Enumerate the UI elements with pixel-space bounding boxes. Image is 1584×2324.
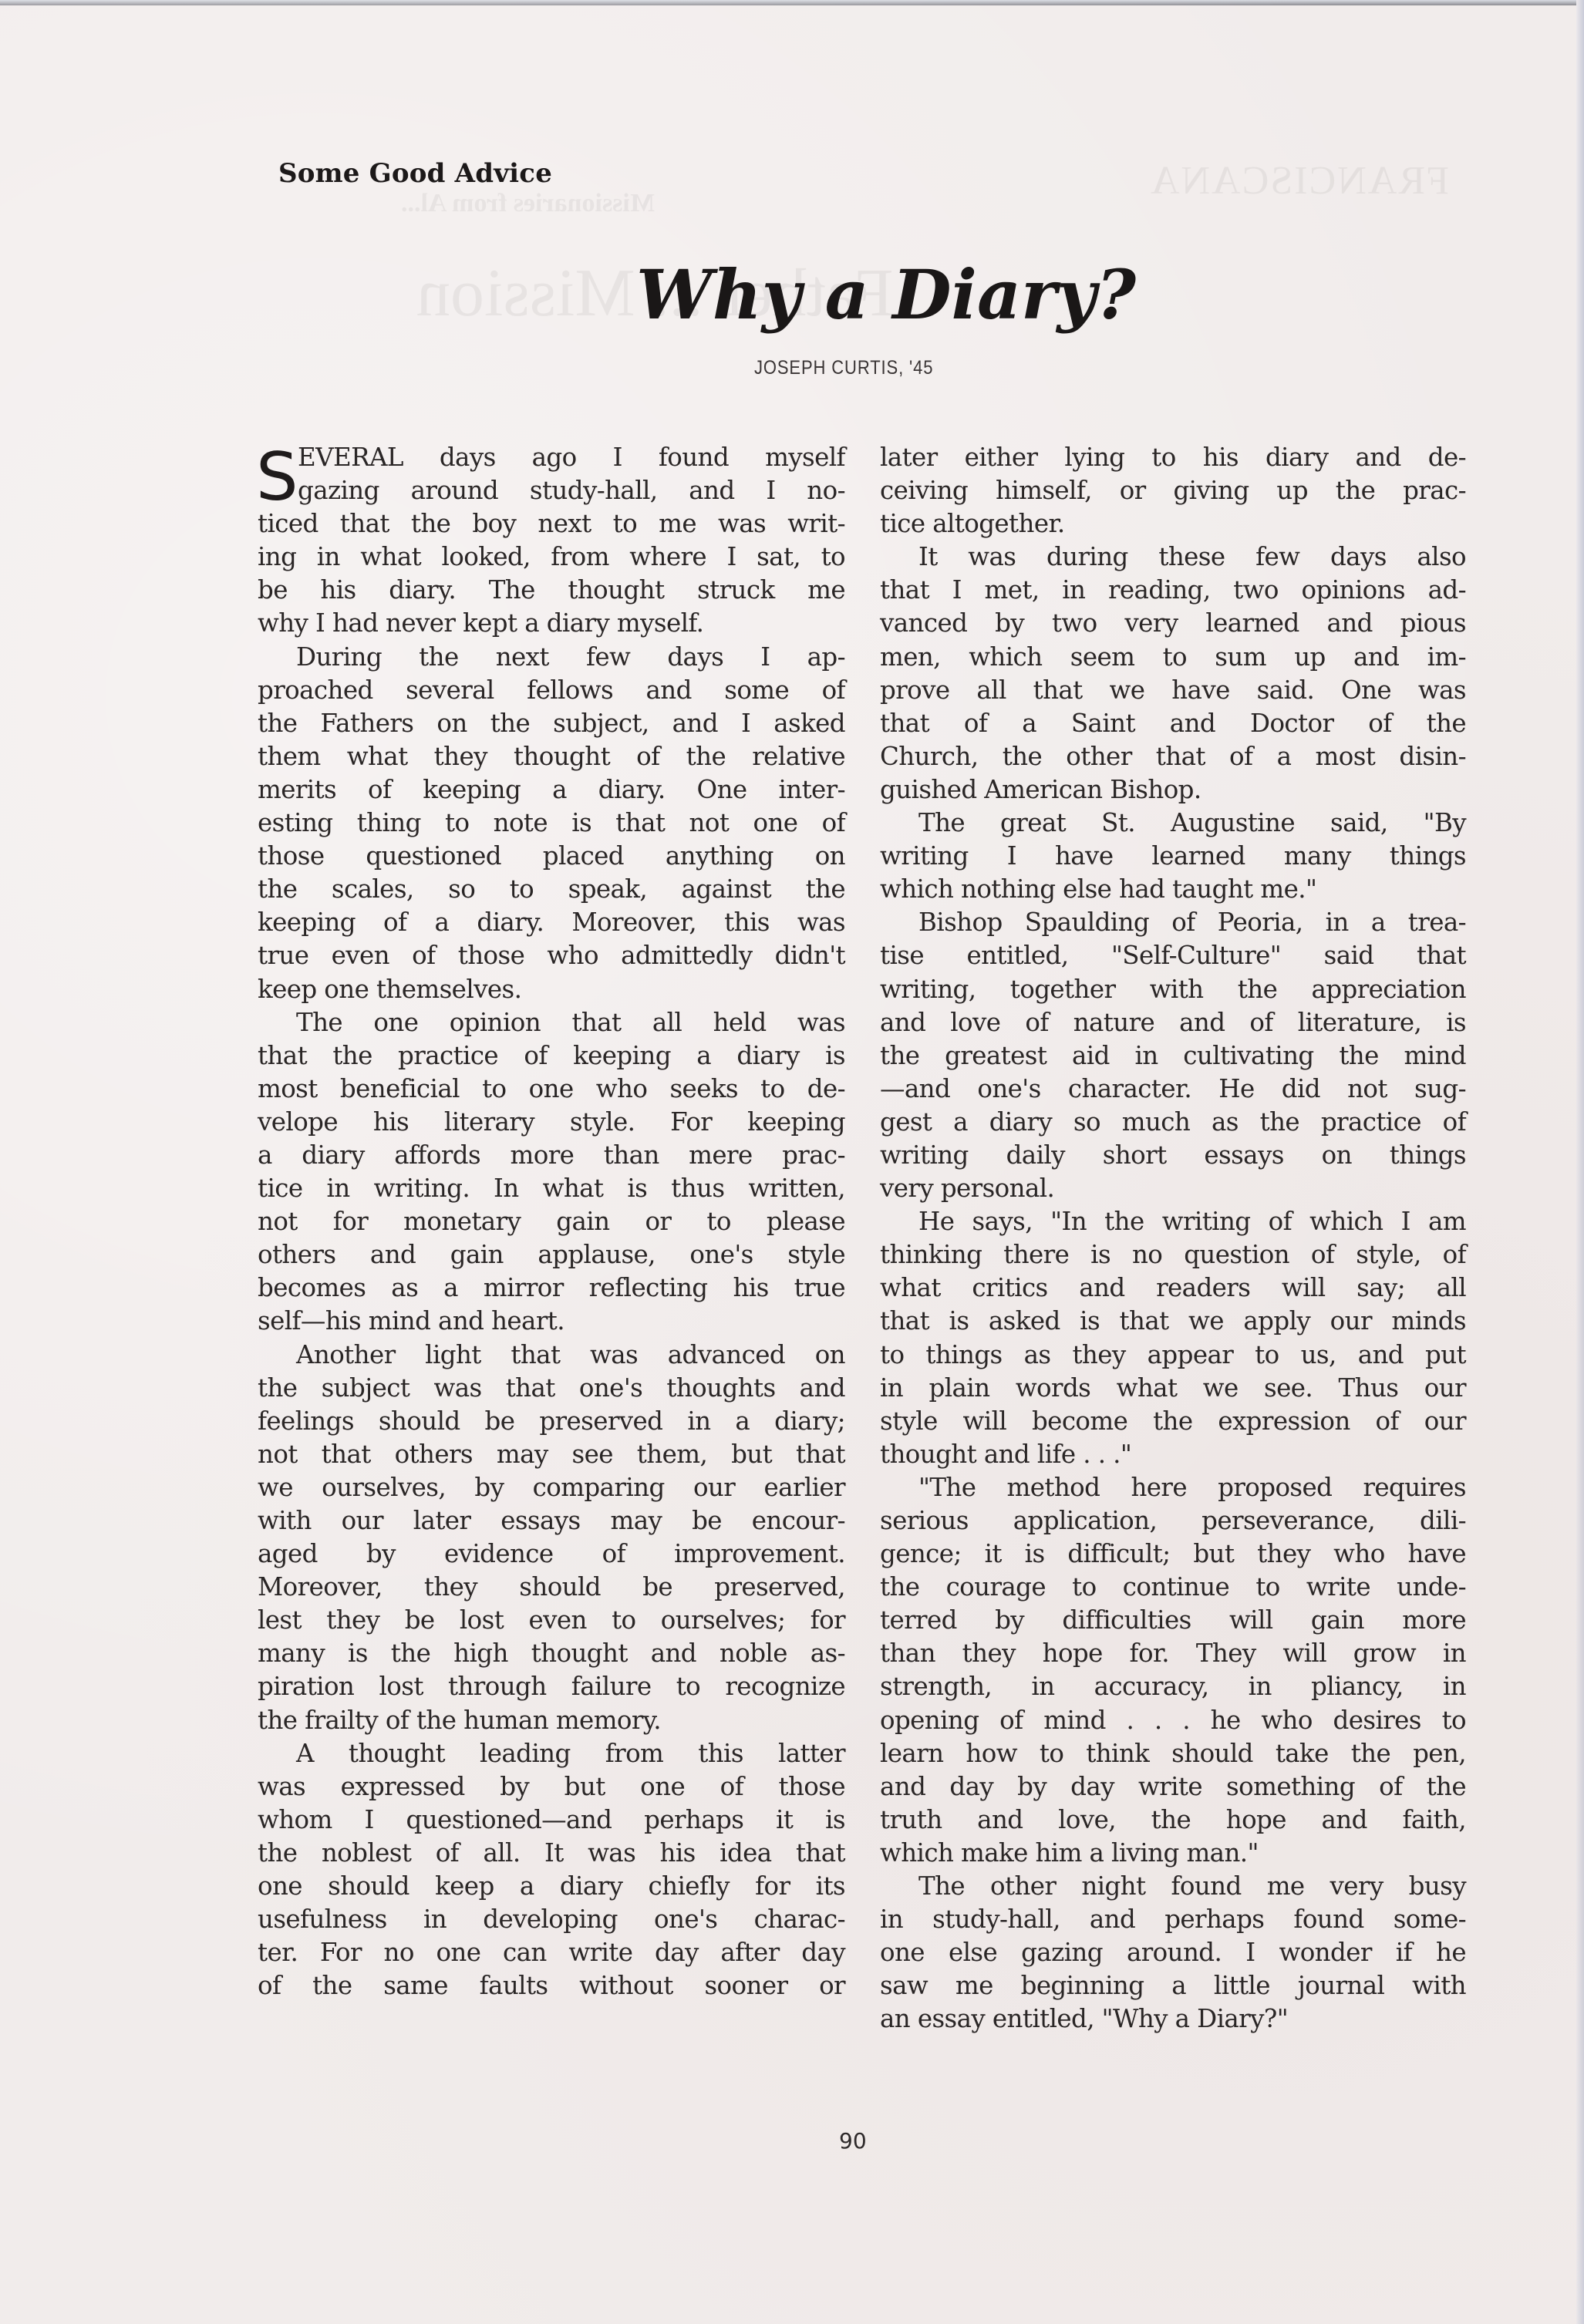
text-line: one should keep a diary chiefly for its — [258, 1870, 845, 1903]
text-line: The great St. Augustine said, "By — [880, 807, 1466, 840]
text-line: thought and life . . ." — [880, 1438, 1466, 1471]
text-line: the noblest of all. It was his idea that — [258, 1837, 845, 1870]
text-line: serious application, perseverance, dili- — [880, 1504, 1466, 1538]
text-line: Church, the other that of a most disin- — [880, 740, 1466, 773]
text-line: aged by evidence of improvement. — [258, 1538, 845, 1571]
text-line: saw me beginning a little journal with — [880, 1969, 1466, 2002]
text-line: writing I have learned many things — [880, 840, 1466, 873]
text-line: men, which seem to sum up and im- — [880, 641, 1466, 674]
show-through-text: Missionaries from Al... — [401, 189, 655, 218]
text-line: ticed that the boy next to me was writ- — [258, 507, 845, 541]
text-line: with our later essays may be encour- — [258, 1504, 845, 1538]
text-line: the scales, so to speak, against the — [258, 873, 845, 906]
text-line: later either lying to his diary and de- — [880, 441, 1466, 474]
text-line: of the same faults without sooner or — [258, 1969, 845, 2002]
text-line: that is asked is that we apply our minds — [880, 1305, 1466, 1338]
text-line: keeping of a diary. Moreover, this was — [258, 906, 845, 939]
text-line: During the next few days I ap- — [258, 641, 845, 674]
text-line: truth and love, the hope and faith, — [880, 1804, 1466, 1837]
text-line: to things as they appear to us, and put — [880, 1339, 1466, 1372]
text-line: strength, in accuracy, in pliancy, in — [880, 1670, 1466, 1703]
drop-cap: S — [256, 444, 298, 510]
text-line: ceiving himself, or giving up the prac- — [880, 474, 1466, 507]
text-line: one else gazing around. I wonder if he — [880, 1936, 1466, 1969]
text-line: gest a diary so much as the practice of — [880, 1106, 1466, 1139]
text-line: why I had never kept a diary myself. — [258, 607, 845, 640]
text-line: which make him a living man." — [880, 1837, 1466, 1870]
scan-right-edge — [1576, 0, 1584, 2324]
text-line: EVERAL days ago I found myself — [258, 441, 845, 474]
text-line: many is the high thought and noble as- — [258, 1637, 845, 1670]
text-line: feelings should be preserved in a diary; — [258, 1405, 845, 1438]
text-line: a diary affords more than mere prac- — [258, 1139, 845, 1172]
text-line: be his diary. The thought struck me — [258, 574, 845, 607]
text-line: The other night found me very busy — [880, 1870, 1466, 1903]
text-line: merits of keeping a diary. One inter- — [258, 773, 845, 807]
page-number: 90 — [839, 2128, 867, 2154]
text-line: what critics and readers will say; all — [880, 1271, 1466, 1305]
text-line: ter. For no one can write day after day — [258, 1936, 845, 1969]
text-line: usefulness in developing one's charac- — [258, 1903, 845, 1936]
text-line: vanced by two very learned and pious — [880, 607, 1466, 640]
show-through-text: FRANCISCANA — [1149, 158, 1449, 204]
text-line: prove all that we have said. One was — [880, 674, 1466, 707]
scan-top-edge — [0, 0, 1584, 5]
text-line: most beneficial to one who seeks to de- — [258, 1073, 845, 1106]
article-column-left: S EVERAL days ago I found myselfgazing a… — [258, 441, 845, 2002]
text-line: tise entitled, "Self-Culture" said that — [880, 939, 1466, 972]
text-line: terred by difficulties will gain more — [880, 1604, 1466, 1637]
text-line: keep one themselves. — [258, 973, 845, 1006]
text-line: writing, together with the appreciation — [880, 973, 1466, 1006]
article-title: Why a Diary? — [636, 261, 1136, 328]
text-line: that of a Saint and Doctor of the — [880, 707, 1466, 740]
text-line: whom I questioned—and perhaps it is — [258, 1804, 845, 1837]
text-line: the greatest aid in cultivating the mind — [880, 1039, 1466, 1073]
text-line: the Fathers on the subject, and I asked — [258, 707, 845, 740]
text-line: It was during these few days also — [880, 541, 1466, 574]
text-line: not for monetary gain or to please — [258, 1205, 845, 1238]
text-line: —and one's character. He did not sug- — [880, 1073, 1466, 1106]
text-line: style will become the expression of our — [880, 1405, 1466, 1438]
text-line: the subject was that one's thoughts and — [258, 1372, 845, 1405]
text-line: those questioned placed anything on — [258, 840, 845, 873]
text-line: the courage to continue to write unde- — [880, 1571, 1466, 1604]
text-line: gence; it is difficult; but they who hav… — [880, 1538, 1466, 1571]
text-line: "The method here proposed requires — [880, 1471, 1466, 1504]
text-line: He says, "In the writing of which I am — [880, 1205, 1466, 1238]
text-line: an essay entitled, "Why a Diary?" — [880, 2002, 1466, 2036]
text-line: in study-hall, and perhaps found some- — [880, 1903, 1466, 1936]
text-line: learn how to think should take the pen, — [880, 1737, 1466, 1770]
text-line: that I met, in reading, two opinions ad- — [880, 574, 1466, 607]
text-line: piration lost through failure to recogni… — [258, 1670, 845, 1703]
author-byline: JOSEPH CURTIS, '45 — [754, 357, 933, 379]
text-line: tice altogether. — [880, 507, 1466, 541]
text-line: not that others may see them, but that — [258, 1438, 845, 1471]
text-line: lest they be lost even to ourselves; for — [258, 1604, 845, 1637]
text-line: very personal. — [880, 1172, 1466, 1205]
text-line: we ourselves, by comparing our earlier — [258, 1471, 845, 1504]
text-line: writing daily short essays on things — [880, 1139, 1466, 1172]
text-line: Another light that was advanced on — [258, 1339, 845, 1372]
text-line: Bishop Spaulding of Peoria, in a trea- — [880, 906, 1466, 939]
text-line: true even of those who admittedly didn't — [258, 939, 845, 972]
text-line: self—his mind and heart. — [258, 1305, 845, 1338]
text-line: in plain words what we see. Thus our — [880, 1372, 1466, 1405]
text-line: esting thing to note is that not one of — [258, 807, 845, 840]
section-label: Some Good Advice — [278, 158, 552, 189]
article-column-right: later either lying to his diary and de-c… — [880, 441, 1466, 2036]
text-line: opening of mind . . . he who desires to — [880, 1704, 1466, 1737]
text-line: them what they thought of the relative — [258, 740, 845, 773]
text-line: others and gain applause, one's style — [258, 1238, 845, 1271]
text-line: guished American Bishop. — [880, 773, 1466, 807]
text-line: tice in writing. In what is thus written… — [258, 1172, 845, 1205]
text-line: the frailty of the human memory. — [258, 1704, 845, 1737]
text-line: thinking there is no question of style, … — [880, 1238, 1466, 1271]
text-line: gazing around study-hall, and I no- — [258, 474, 845, 507]
text-line: The one opinion that all held was — [258, 1006, 845, 1039]
text-line: velope his literary style. For keeping — [258, 1106, 845, 1139]
text-line: proached several fellows and some of — [258, 674, 845, 707]
text-line: which nothing else had taught me." — [880, 873, 1466, 906]
text-line: and love of nature and of literature, is — [880, 1006, 1466, 1039]
text-line: A thought leading from this latter — [258, 1737, 845, 1770]
text-line: was expressed by but one of those — [258, 1770, 845, 1804]
text-line: Moreover, they should be preserved, — [258, 1571, 845, 1604]
text-line: and day by day write something of the — [880, 1770, 1466, 1804]
text-line: becomes as a mirror reflecting his true — [258, 1271, 845, 1305]
text-line: that the practice of keeping a diary is — [258, 1039, 845, 1073]
text-line: than they hope for. They will grow in — [880, 1637, 1466, 1670]
text-line: ing in what looked, from where I sat, to — [258, 541, 845, 574]
